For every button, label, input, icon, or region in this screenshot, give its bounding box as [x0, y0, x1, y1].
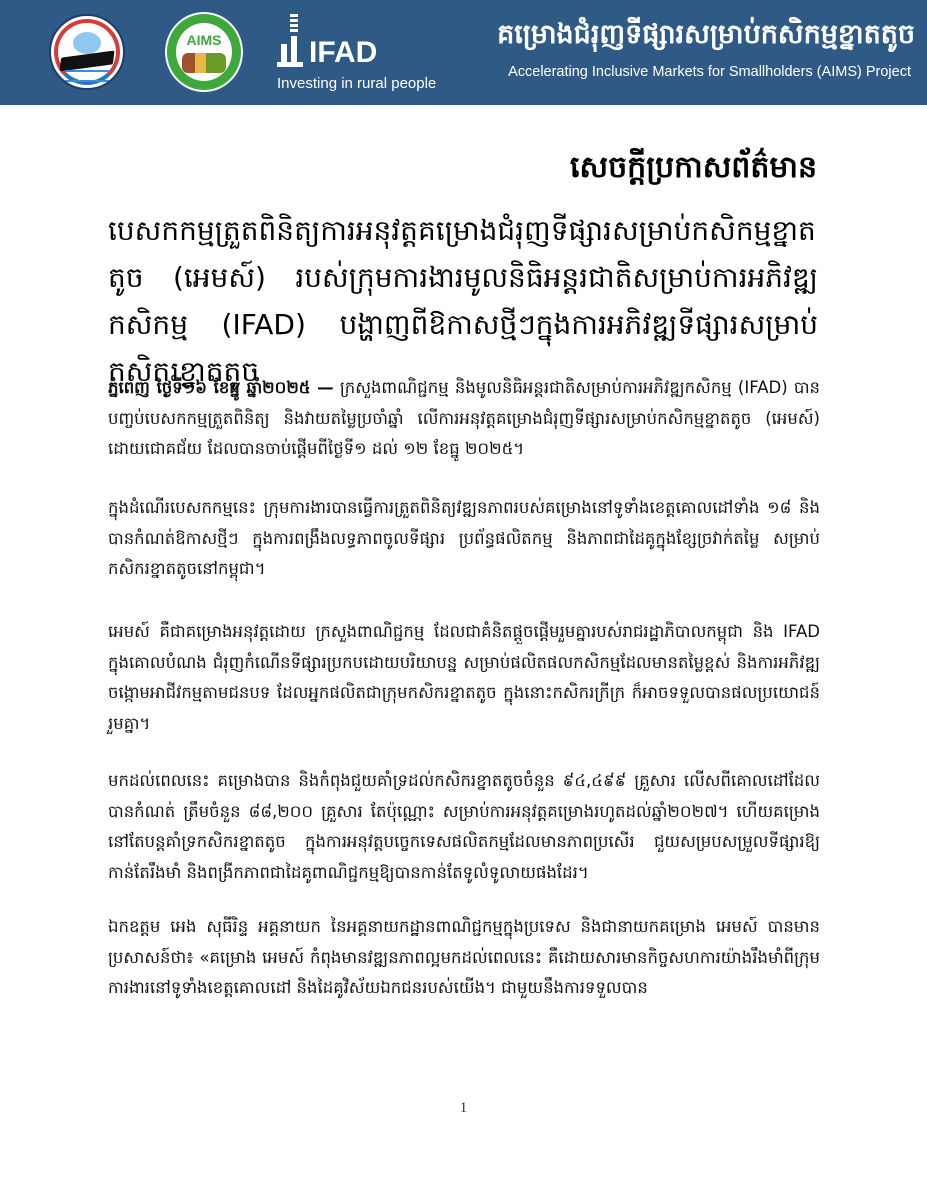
aims-logo-icon: AIMS — [165, 12, 243, 92]
paragraph: មកដល់ពេលនេះ គម្រោងបាន និងកំពុងជួយគាំទ្រដ… — [108, 766, 820, 888]
aims-logo-inner: AIMS — [176, 23, 232, 81]
paragraph: ភ្នំពេញ ថ្ងៃទី១៦ ខែធ្នូ ឆ្នាំ២០២៥ — ក្រស… — [108, 373, 820, 465]
paragraph-text: ឯកឧត្តម អេង សុធីរិន្ទ អគ្គនាយក នៃអគ្គនាយ… — [108, 917, 820, 997]
project-title-khmer: គម្រោងជំរុញទីផ្សារសម្រាប់កសិកម្មខ្នាតតូច — [497, 15, 915, 55]
waves-icon — [65, 70, 109, 82]
ifad-logo-text: IFAD — [309, 36, 377, 70]
aims-logo-text: AIMS — [176, 32, 232, 48]
paragraph: ក្នុងដំណើរបេសកកម្មនេះ ក្រុមការងារបានធ្វើ… — [108, 493, 820, 585]
paragraph-text: ក្នុងដំណើរបេសកកម្មនេះ ក្រុមការងារបានធ្វើ… — [108, 498, 820, 578]
ifad-tagline: Investing in rural people — [277, 75, 436, 92]
paragraph: ឯកឧត្តម អេង សុធីរិន្ទ អគ្គនាយក នៃអគ្គនាយ… — [108, 912, 820, 1004]
paragraph: អេមស៍ គឺជាគម្រោងអនុវត្តដោយ ក្រសួងពាណិជ្ជ… — [108, 617, 820, 739]
ifad-logo: IFAD Investing in rural people — [277, 14, 447, 96]
paragraph-text: មកដល់ពេលនេះ គម្រោងបាន និងកំពុងជួយគាំទ្រដ… — [108, 771, 820, 882]
globe-icon — [73, 32, 101, 54]
paragraph-text: អេមស៍ គឺជាគម្រោងអនុវត្តដោយ ក្រសួងពាណិជ្ជ… — [108, 622, 820, 733]
header-banner: AIMS IFAD Investing in rural people គម្រ… — [0, 0, 927, 105]
page-number: 1 — [0, 1100, 927, 1117]
project-title-english: Accelerating Inclusive Markets for Small… — [508, 64, 911, 80]
ministry-of-commerce-logo-icon — [49, 14, 125, 90]
press-release-label: សេចក្តីប្រកាសព័ត៌មាន — [570, 143, 817, 193]
dateline: ភ្នំពេញ ថ្ងៃទី១៦ ខែធ្នូ ឆ្នាំ២០២៥ — — [108, 378, 334, 397]
produce-icon — [182, 53, 226, 73]
ifad-wheat-icon — [277, 14, 305, 72]
headline: បេសកកម្មត្រួតពិនិត្យការអនុវត្តគម្រោងជំរុ… — [108, 207, 818, 395]
